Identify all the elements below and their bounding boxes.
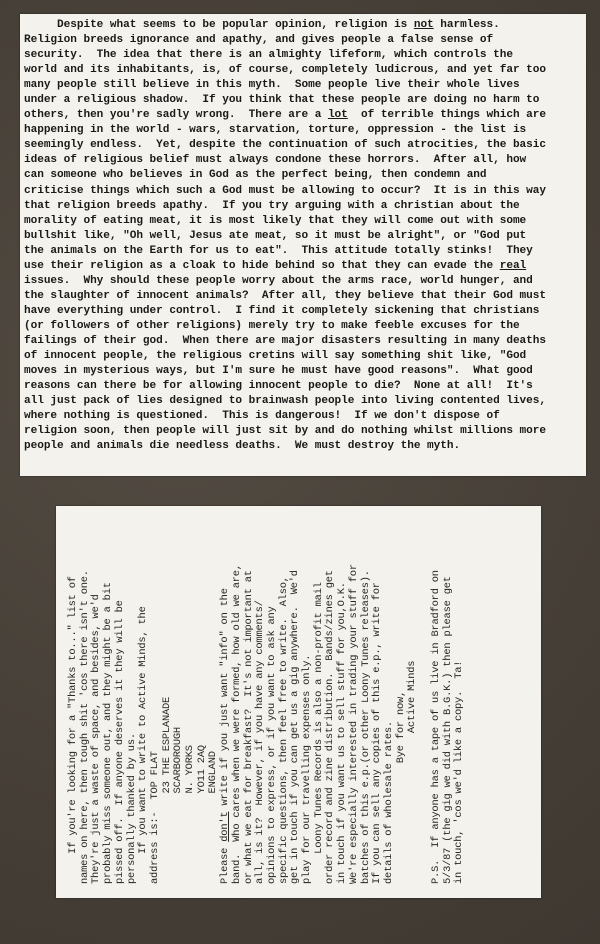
text-line: the animals on the Earth for us to eat".… [24,244,546,259]
text-line: that religion breeds apathy. If you try … [24,199,546,214]
text-line: pissed off. If anyone deserves it they w… [115,564,127,884]
text-line: reasons can there be for allowing innoce… [24,379,546,394]
text-line: security. The idea that there is an almi… [24,48,546,63]
text-line: people and animals die needless deaths. … [24,439,546,454]
text-line: moves in mysterious ways, but I'm sure h… [24,364,546,379]
text-line: P.S. If anyone has a tape of us live in … [431,564,443,884]
text-line: We're especially interested in trading y… [349,564,361,884]
band-letter-sheet: If you're looking for a "Thanks to..." l… [56,506,541,898]
text-line: others, then you're sadly wrong. There a… [24,108,546,123]
article-sheet: Despite what seems to be popular opinion… [20,14,586,476]
text-line: N. YORKS [185,564,197,884]
text-line: morality of eating meat, it is most like… [24,214,546,229]
text-line: Despite what seems to be popular opinion… [24,18,546,33]
text-line: many people still believe in this myth. … [24,78,546,93]
band-letter-text: If you're looking for a "Thanks to..." l… [68,564,466,884]
text-line: use their religion as a cloak to hide be… [24,259,546,274]
text-line: failings of their god. When there are ma… [24,334,546,349]
text-line: the slaughter of innocent animals? After… [24,289,546,304]
text-line: have everything under control. I find it… [24,304,546,319]
text-line: world and its inhabitants, is, of course… [24,63,546,78]
text-line: in touch, 'cos we'd like a copy. Ta! [454,564,466,884]
text-line: criticise things which such a God must b… [24,184,546,199]
rotated-letter: If you're looking for a "Thanks to..." l… [56,506,541,898]
text-line: band. Who cares when we were formed, how… [232,564,244,884]
text-line: seemingly endless. Yet, despite the cont… [24,138,546,153]
text-line: address is:- TOP FLAT [150,564,162,884]
text-line: opinions to express, or if you want to a… [267,564,279,884]
text-line: of innocent people, the religious cretin… [24,349,546,364]
text-line: under a religious shadow. If you think t… [24,93,546,108]
text-line: happening in the world - wars, starvatio… [24,123,546,138]
text-line: Active Minds [407,564,419,884]
text-line: can someone who believes in God as the p… [24,168,546,183]
text-line: ideas of religious belief must always co… [24,153,546,168]
text-line: Religion breeds ignorance and apathy, an… [24,33,546,48]
text-line: If you're looking for a "Thanks to..." l… [68,564,80,884]
text-line: details of wholesale rates. [384,564,396,884]
article-text: Despite what seems to be popular opinion… [24,18,546,454]
text-line: bullshit like, "Oh well, Jesus ate meat,… [24,229,546,244]
text-line: (or followers of other religions) merely… [24,319,546,334]
text-line: issues. Why should these people worry ab… [24,274,546,289]
text-line: play for our travelling expenses only. [302,564,314,884]
text-line: where nothing is questioned. This is dan… [24,409,546,424]
text-line: all just pack of lies designed to brainw… [24,394,546,409]
text-line: religion soon, then people will just sit… [24,424,546,439]
